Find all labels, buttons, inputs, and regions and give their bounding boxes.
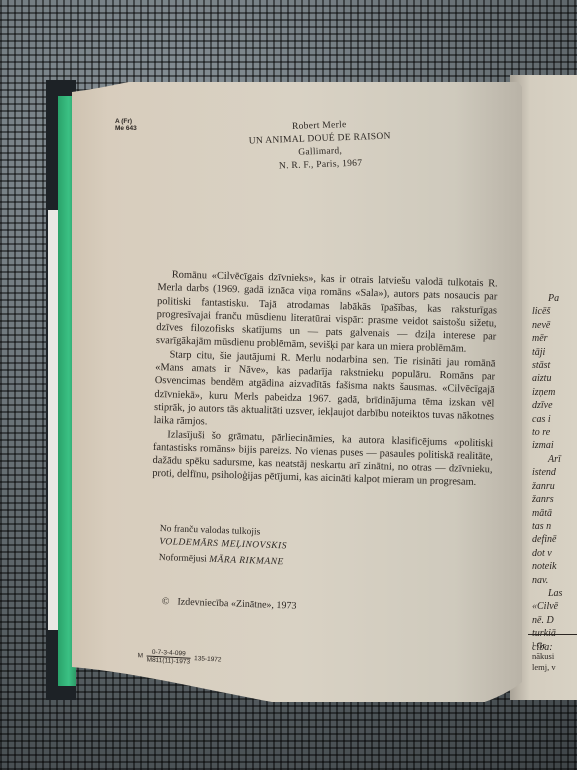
right-page-line: tas n [532, 520, 577, 533]
catalog-fraction: 0-7-3-4-099 M811(11)-1973 [146, 648, 190, 665]
catalog-suffix: 135-1972 [194, 655, 222, 663]
right-page-line: dzīve [532, 399, 577, 412]
right-page-line: mēr [532, 332, 577, 345]
footnote-rule [528, 634, 577, 635]
paragraph: Starp citu, šie jautājumi R. Merlu nodar… [154, 348, 496, 437]
right-page-line: stāst [532, 359, 577, 372]
right-page-line: nevē [532, 319, 577, 332]
credits: No franču valodas tulkojis VOLDEMĀRS MEĻ… [159, 523, 288, 569]
paragraph: Izlasījuši šo grāmatu, pārliecināmies, k… [152, 428, 493, 491]
annotation-text: Romānu «Cilvēcīgais dzīvnieks», kas ir o… [152, 268, 498, 490]
right-page-line: «Cilvē [532, 600, 577, 613]
right-page-line: nē. D [532, 614, 577, 627]
right-page-line: Arī [532, 453, 577, 466]
right-page-text: Palicēšnevēmērtājistāstaiztuizņemdzīveca… [532, 292, 577, 654]
right-page-line: licēš [532, 305, 577, 318]
right-page-line: to re [532, 426, 577, 439]
call-number: A (Fr) Me 643 [115, 118, 137, 132]
footnote-line: lemj, v [532, 662, 577, 673]
footnote-line: ¹ Gr [532, 640, 577, 651]
right-page-line: istend [532, 466, 577, 479]
right-page-line: dot v [532, 547, 577, 560]
original-edition-block: Robert Merle UN ANIMAL DOUÉ DE RAISON Ga… [219, 117, 421, 176]
call-number-line: Me 643 [115, 125, 137, 132]
right-page-line: žanru [532, 480, 577, 493]
designer-name: MĀRA RIKMANE [209, 555, 284, 568]
right-page-line: tāji [532, 346, 577, 359]
copyright-icon: © [162, 596, 170, 607]
right-page-line: žanrs [532, 493, 577, 506]
right-page-line: izmai [532, 439, 577, 452]
right-page-line: cas i [532, 413, 577, 426]
designer-label: Noformējusi [159, 553, 207, 565]
right-page-line: Las [532, 587, 577, 600]
right-page-line: noteik [532, 560, 577, 573]
right-page-line: definē [532, 533, 577, 546]
right-page-line: nav. [532, 574, 577, 587]
right-page-line: izņem [532, 386, 577, 399]
right-page-line: mātā [532, 507, 577, 520]
right-page-line: Pa [532, 292, 577, 305]
footnote-line: nākusi [532, 651, 577, 662]
call-number-line: A (Fr) [115, 118, 137, 125]
paragraph: Romānu «Cilvēcīgais dzīvnieks», kas ir o… [156, 268, 498, 357]
catalog-prefix: M [137, 652, 143, 659]
right-page-footnote: ¹ Grnākusilemj, v [532, 640, 577, 673]
right-page-line: aiztu [532, 372, 577, 385]
